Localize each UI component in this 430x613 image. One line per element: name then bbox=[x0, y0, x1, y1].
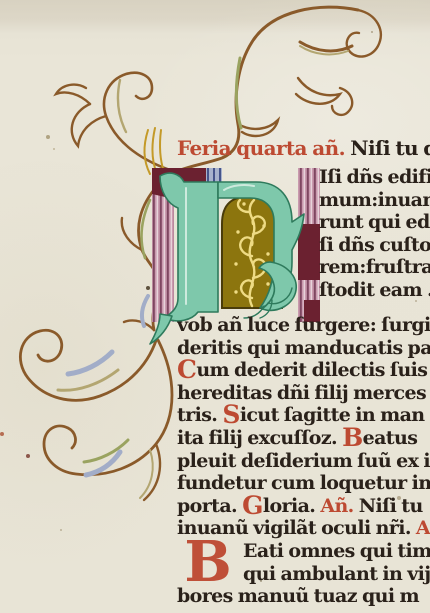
maroon-panel-right bbox=[298, 224, 320, 280]
text-segment: mum:inuan bbox=[319, 189, 430, 211]
text-segment: Niſi tu bbox=[359, 495, 423, 517]
text-segment: eatus bbox=[363, 427, 418, 449]
rubric-heading-line: Feria quarta añ. Niſi tu do bbox=[177, 137, 430, 163]
text-segment: fundetur cum loquetur in bbox=[177, 472, 430, 494]
hatch-panel-blue bbox=[206, 168, 222, 182]
text-segment: Feria quarta añ. bbox=[177, 137, 350, 160]
text-segment: deritis qui manducatis pa bbox=[177, 337, 430, 359]
text-column-beside-initial: Iſi dñs edifimum:inuanrunt qui edifiſi d… bbox=[319, 166, 430, 302]
text-segment: hereditas dñi filij merces bbox=[177, 382, 426, 404]
text-segment: ita filij excuſſoz. bbox=[177, 427, 342, 449]
text-line: vob añ luce ſurgere: ſurgi bbox=[177, 314, 430, 337]
text-segment: C bbox=[177, 359, 196, 382]
text-line: pleuit deſiderium ſuũ ex ip bbox=[177, 450, 430, 473]
text-line: ſi dñs cuſtod bbox=[319, 234, 430, 257]
text-line: hereditas dñi filij merces bbox=[177, 382, 430, 405]
text-segment: runt qui edifi bbox=[319, 211, 430, 233]
text-line: ſtodit eam . bbox=[319, 279, 430, 302]
text-line: porta. Gloria. Añ. Niſi tu bbox=[177, 495, 430, 518]
text-segment: Añ. bbox=[320, 495, 358, 517]
text-segment: rem:fruſtra t bbox=[319, 256, 430, 278]
text-segment: pleuit deſiderium ſuũ ex ip bbox=[177, 450, 430, 472]
text-line: Cum dederit dilectis ſuis bbox=[177, 359, 430, 382]
lombardic-initial-b: B bbox=[175, 533, 241, 595]
text-line: Feria quarta añ. Niſi tu do bbox=[177, 137, 430, 160]
text-segment: loria. bbox=[263, 495, 320, 517]
text-segment: porta. bbox=[177, 495, 242, 517]
text-line: runt qui edifi bbox=[319, 211, 430, 234]
text-segment: qui ambulant in vij bbox=[243, 563, 430, 585]
text-segment: G bbox=[242, 495, 263, 518]
text-segment: um dederit dilectis ſuis bbox=[196, 359, 427, 381]
text-line: mum:inuan bbox=[319, 189, 430, 212]
text-segment: Eati omnes qui tim bbox=[243, 540, 430, 562]
text-segment: S bbox=[222, 404, 239, 427]
text-segment: tris. bbox=[177, 404, 222, 426]
text-line: ita filij excuſſoz. Beatus bbox=[177, 427, 430, 450]
text-segment: B bbox=[342, 427, 363, 450]
text-segment: icut ſagitte in man bbox=[240, 404, 425, 426]
text-segment: Niſi tu do bbox=[350, 137, 430, 160]
text-line: tris. Sicut ſagitte in man bbox=[177, 404, 430, 427]
text-segment: ſtodit eam . bbox=[319, 279, 430, 301]
illuminated-initial-n bbox=[152, 166, 320, 324]
text-segment: Añ. bbox=[416, 517, 430, 539]
text-line: deritis qui manducatis pa bbox=[177, 337, 430, 360]
text-line: Iſi dñs edifi bbox=[319, 166, 430, 189]
text-segment: ſi dñs cuſtod bbox=[319, 234, 430, 256]
text-line: fundetur cum loquetur in bbox=[177, 472, 430, 495]
manuscript-page: Feria quarta añ. Niſi tu do Iſi dñs edif… bbox=[0, 0, 430, 613]
text-segment: Iſi dñs edifi bbox=[319, 166, 430, 188]
text-segment: vob añ luce ſurgere: ſurgi bbox=[177, 314, 430, 336]
text-line: rem:fruſtra t bbox=[319, 256, 430, 279]
